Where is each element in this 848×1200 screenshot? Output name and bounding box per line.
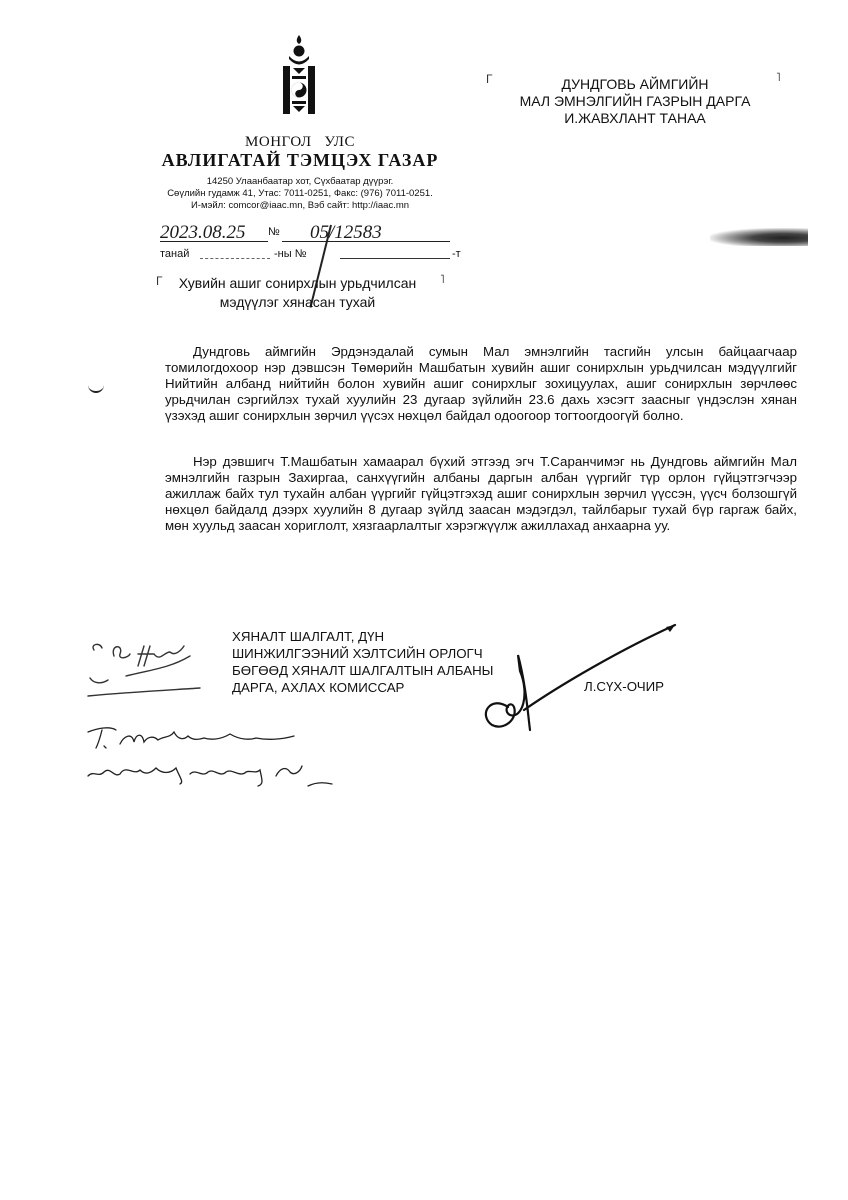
handwritten-note-icon [80, 636, 340, 796]
organization-name: АВЛИГАТАЙ ТЭМЦЭХ ГАЗАР [150, 150, 450, 171]
paragraph-text: Нэр дэвшигч Т.Машбатын хамаарал бүхий эт… [165, 454, 797, 534]
soyombo-emblem-icon [282, 35, 316, 127]
subject: Хувийн ашиг сонирхлын урьдчилсан мэдүүлэ… [165, 274, 430, 312]
recipient-block: ДУНДГОВЬ АЙМГИЙН МАЛ ЭМНЭЛГИЙН ГАЗРЫН ДА… [500, 76, 770, 127]
contact-line: Сөүлийн гудамж 41, Утас: 7011-0251, Факс… [140, 188, 460, 199]
handwritten-reference-number: 05/12583 [310, 222, 382, 244]
subject-corner-left: Γ [156, 274, 163, 288]
recipient-line-1: ДУНДГОВЬ АЙМГИЙН [500, 76, 770, 93]
country-name: МОНГОЛ УЛС [150, 134, 450, 151]
your-reference-row: танай -ны № -т [160, 246, 460, 264]
date-underline [160, 241, 268, 242]
body-paragraph-1: Дундговь аймгийн Эрдэнэдалай сумын Мал э… [165, 344, 797, 424]
recipient-corner-left: Γ [486, 72, 493, 86]
subject-line-1: Хувийн ашиг сонирхлын урьдчилсан [165, 274, 430, 293]
subject-corner-right: ˥ [440, 272, 445, 286]
paragraph-text: Дундговь аймгийн Эрдэнэдалай сумын Мал э… [165, 344, 797, 424]
recipient-line-3: И.ЖАВХЛАНТ ТАНАА [500, 110, 770, 127]
tanai-number-line [340, 258, 450, 259]
tanai-suffix: -т [452, 248, 461, 260]
tanai-label: танай [160, 248, 189, 260]
tanai-date-line [200, 258, 270, 259]
handwritten-signature-icon [470, 615, 690, 735]
address-line: 14250 Улаанбаатар хот, Сүхбаатар дүүрэг. [140, 176, 460, 187]
scan-artifact [710, 228, 808, 246]
number-label: № [268, 226, 280, 238]
subject-line-2: мэдүүлэг хянасан тухай [165, 293, 430, 312]
email-website-line: И-мэйл: comcor@iaac.mn, Вэб сайт: http:/… [140, 200, 460, 211]
recipient-corner-right: ˥ [776, 70, 781, 84]
recipient-line-2: МАЛ ЭМНЭЛГИЙН ГАЗРЫН ДАРГА [500, 93, 770, 110]
margin-pen-mark [88, 385, 104, 393]
reference-row: 2023.08.25 № 05/12583 [160, 222, 450, 244]
body-paragraph-2: Нэр дэвшигч Т.Машбатын хамаарал бүхий эт… [165, 454, 797, 534]
tanai-number-label: -ны № [274, 248, 307, 260]
